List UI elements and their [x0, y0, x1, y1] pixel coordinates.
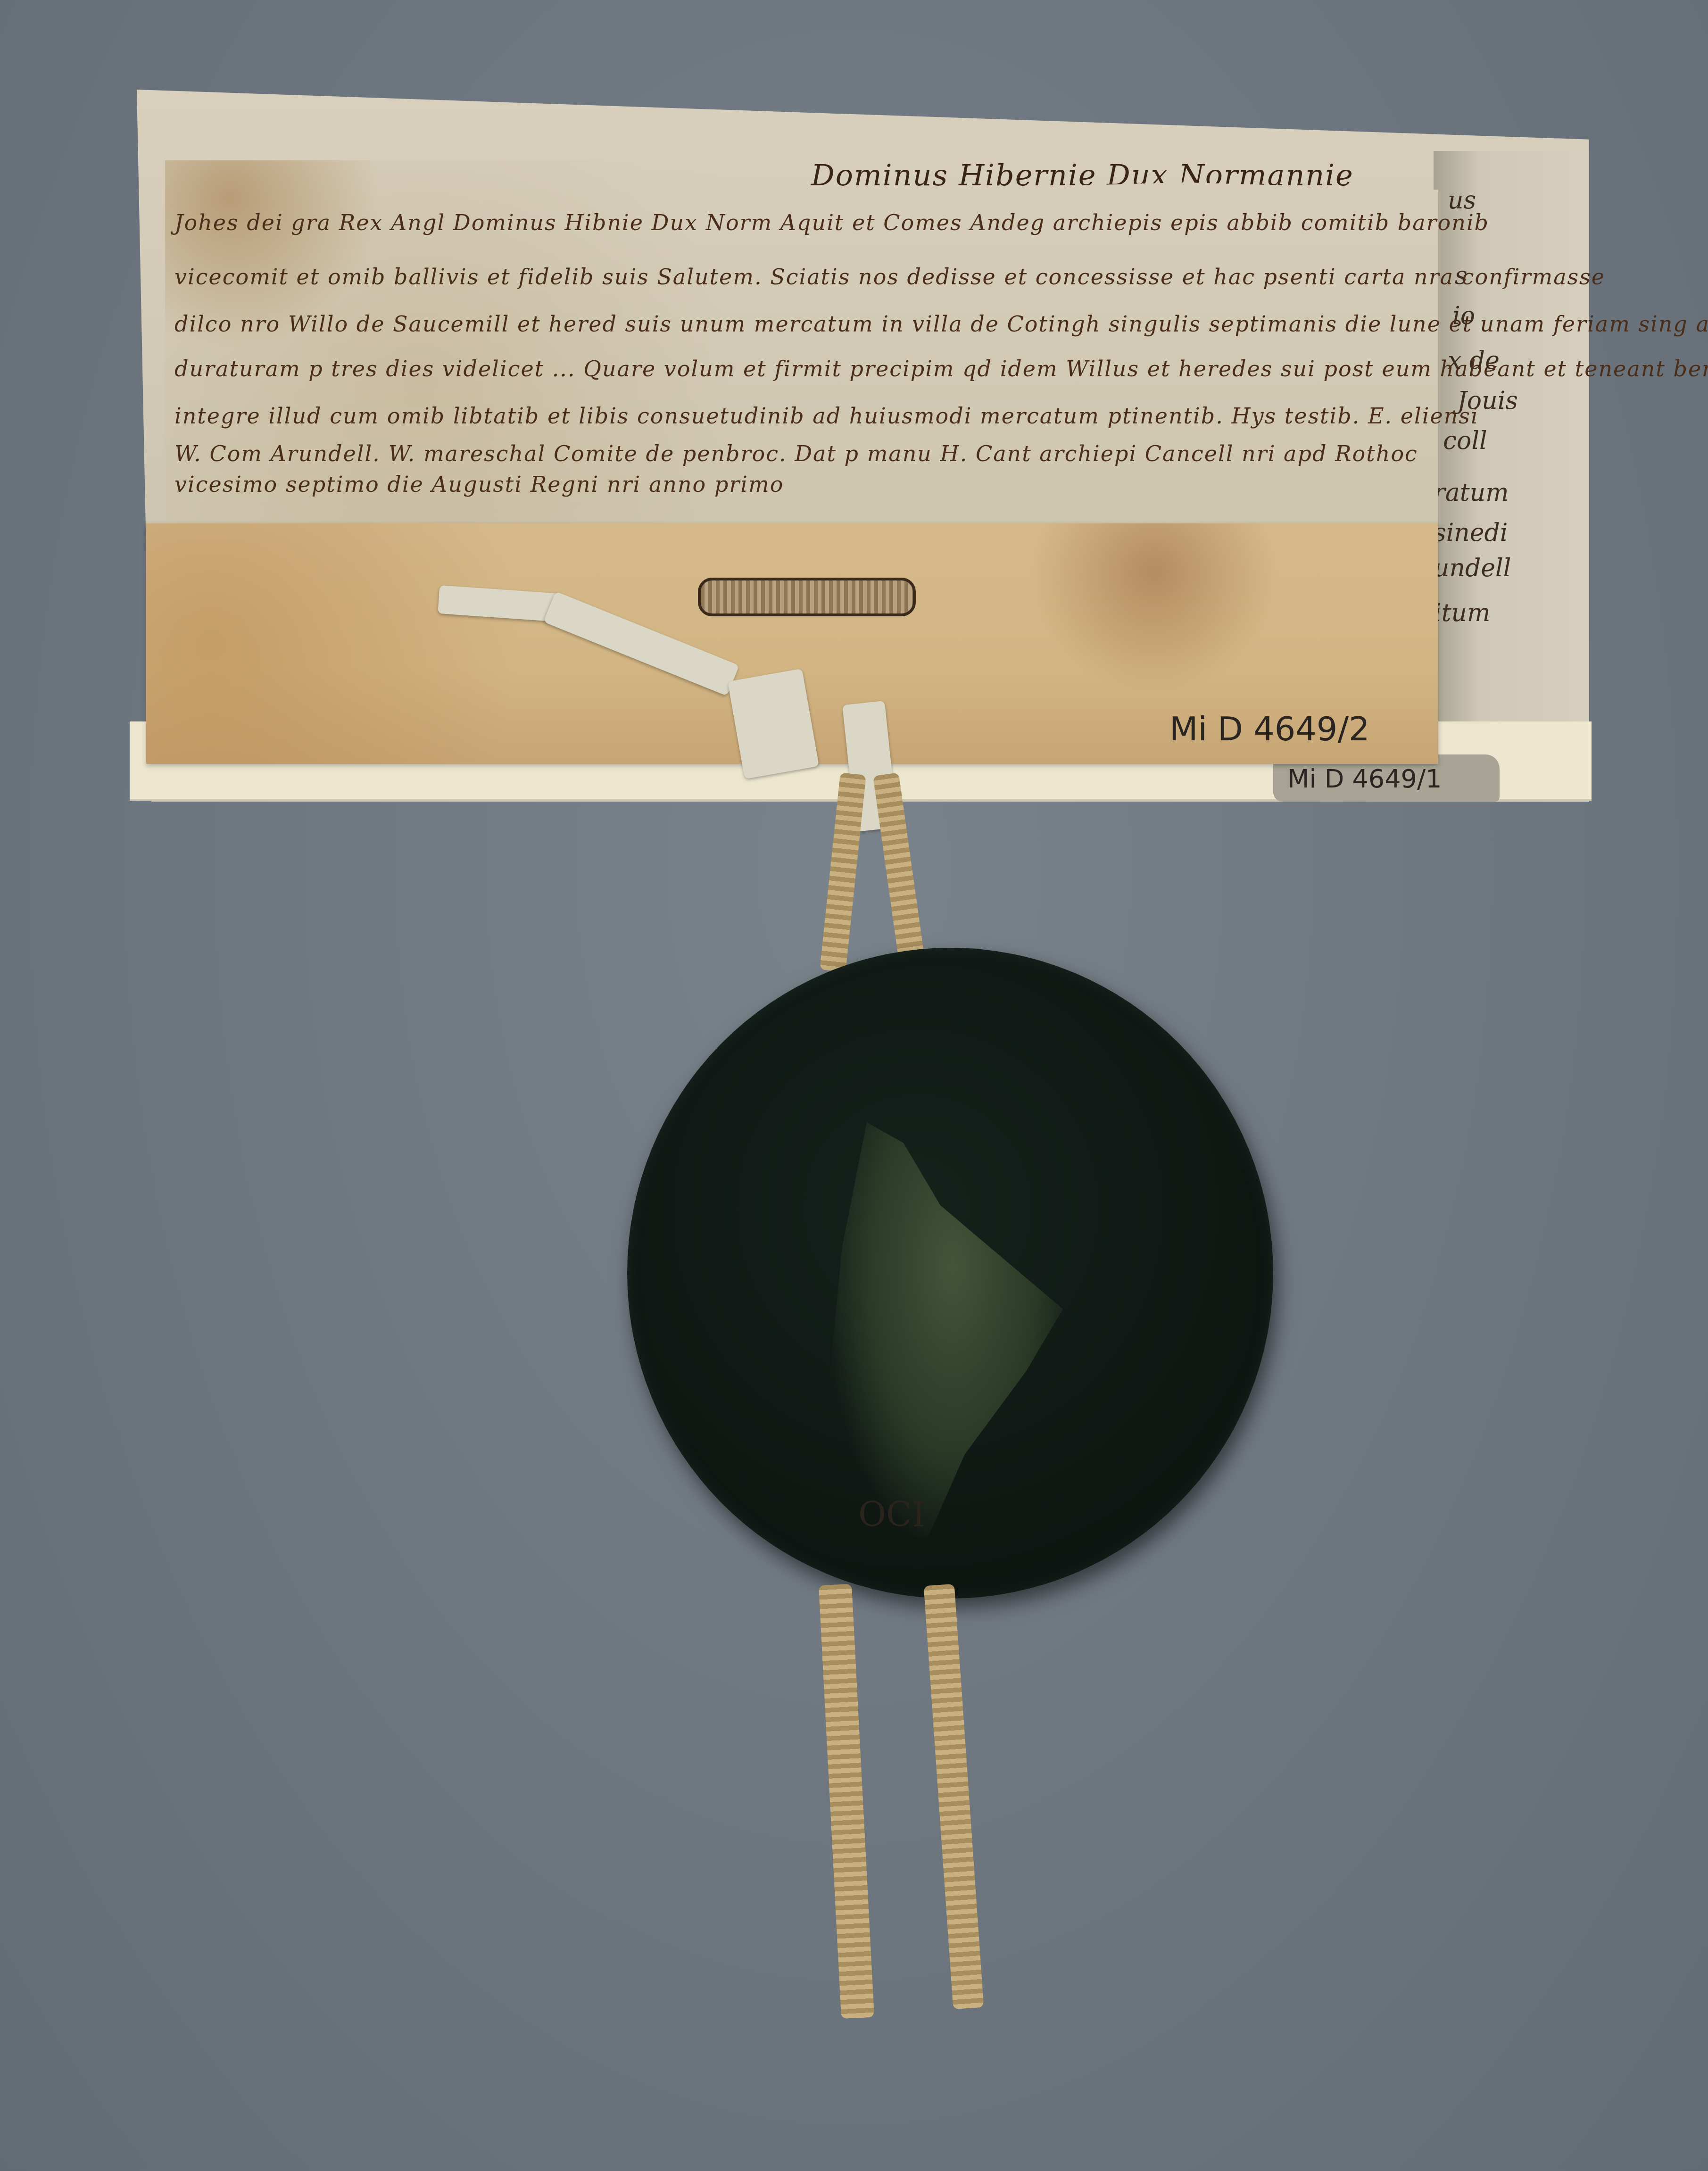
charter-text-line: vicesimo septimo die Augusti Regni nri a… — [174, 472, 784, 497]
charter-text-line: duraturam p tres dies videlicet ... Quar… — [174, 356, 1708, 381]
charter-text-line: Johes dei gra Rex Angl Dominus Hibnie Du… — [174, 210, 1489, 235]
margin-note: coll — [1443, 427, 1487, 455]
margin-note: itum — [1434, 599, 1490, 627]
charter-text-line: integre illud cum omib libtatib et libis… — [174, 403, 1479, 429]
charter-text-line: vicecomit et omib ballivis et fidelib su… — [174, 264, 1605, 290]
margin-note: sinedi — [1434, 519, 1508, 547]
seal-legend-fragment: OCI — [858, 1495, 926, 1534]
shelfmark-back: Mi D 4649/1 — [1287, 764, 1442, 794]
back-charter-right-strip — [1434, 151, 1589, 802]
margin-note: undell — [1434, 554, 1511, 582]
seal-cord-slit — [698, 578, 916, 616]
shelfmark-front: Mi D 4649/2 — [1169, 710, 1370, 748]
charter-text-line: W. Com Arundell. W. mareschal Comite de … — [174, 441, 1418, 466]
charter-text-line: dilco nro Willo de Saucemill et hered su… — [174, 311, 1708, 337]
margin-note: ratum — [1434, 479, 1509, 507]
